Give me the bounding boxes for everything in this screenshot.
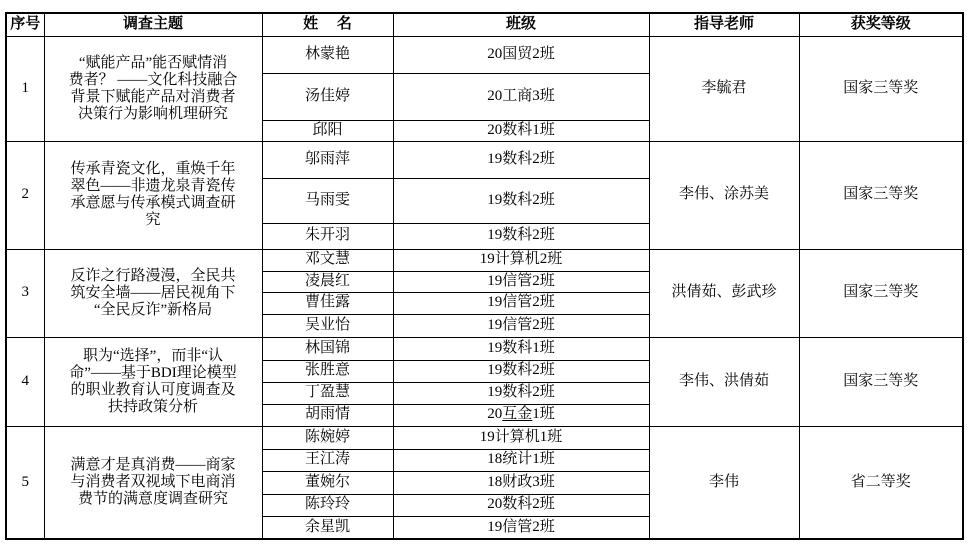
class-cell: 19数科2班 xyxy=(393,360,649,382)
serial-cell: 3 xyxy=(6,249,44,337)
class-cell: 19数科2班 xyxy=(393,223,649,249)
class-cell: 19数科2班 xyxy=(393,178,649,223)
name-cell: 胡雨情 xyxy=(262,404,393,426)
table-row: 2 传承青瓷文化，重焕千年 翠色——非遗龙泉青瓷传 承意愿与传承模式调查研 究 … xyxy=(6,141,963,178)
teacher-cell: 李毓君 xyxy=(649,36,799,141)
class-text-part: 20 xyxy=(487,406,502,422)
table-row: 4 职为“选择”，而非“认 命”——基于BDI理论模型 的职业教育认可度调查及 … xyxy=(6,337,963,360)
topic-line: 承意愿与传承模式调查研 xyxy=(45,195,262,212)
award-cell: 省二等奖 xyxy=(799,426,963,539)
class-cell: 19计算机2班 xyxy=(393,249,649,271)
header-class: 班级 xyxy=(393,13,649,36)
name-cell: 林蒙艳 xyxy=(262,36,393,73)
name-cell: 余星凯 xyxy=(262,516,393,539)
topic-line: “全民反诈”新格局 xyxy=(45,302,262,319)
header-topic: 调查主题 xyxy=(44,13,262,36)
serial-cell: 4 xyxy=(6,337,44,426)
class-underlined-part: 互金 xyxy=(502,406,532,422)
topic-line: “赋能产品”能否赋情消 xyxy=(45,55,262,72)
class-cell: 19信管2班 xyxy=(393,516,649,539)
topic-line: 究 xyxy=(45,212,262,229)
header-teacher: 指导老师 xyxy=(649,13,799,36)
class-cell: 19数科2班 xyxy=(393,141,649,178)
class-cell: 19数科1班 xyxy=(393,337,649,360)
topic-cell: 反诈之行路漫漫，全民共 筑安全墙——居民视角下 “全民反诈”新格局 xyxy=(44,249,262,337)
name-cell: 邓文慧 xyxy=(262,249,393,271)
topic-line: 扶持政策分析 xyxy=(45,399,262,416)
topic-line: 命”——基于BDI理论模型 xyxy=(45,365,262,382)
name-cell: 陈婉婷 xyxy=(262,426,393,449)
table-row: 1 “赋能产品”能否赋情消 费者？ ——文化科技融合 背景下赋能产品对消费者 决… xyxy=(6,36,963,73)
topic-line: 翠色——非遗龙泉青瓷传 xyxy=(45,178,262,195)
topic-line: 的职业教育认可度调查及 xyxy=(45,382,262,399)
topic-line: 决策行为影响机理研究 xyxy=(45,106,262,123)
name-cell: 邱阳 xyxy=(262,120,393,141)
header-award: 获奖等级 xyxy=(799,13,963,36)
topic-cell: 满意才是真消费——商家 与消费者双视域下电商消 费节的满意度调查研究 xyxy=(44,426,262,539)
teacher-cell: 李伟、洪倩茹 xyxy=(649,337,799,426)
award-cell: 国家三等奖 xyxy=(799,141,963,249)
name-cell: 凌晨红 xyxy=(262,271,393,292)
serial-cell: 2 xyxy=(6,141,44,249)
name-cell: 丁盈慧 xyxy=(262,382,393,404)
header-no: 序号 xyxy=(6,13,44,36)
name-cell: 董婉尔 xyxy=(262,471,393,494)
header-name: 姓 名 xyxy=(262,13,393,36)
teacher-cell: 李伟 xyxy=(649,426,799,539)
name-cell: 吴业怡 xyxy=(262,314,393,337)
award-cell: 国家三等奖 xyxy=(799,36,963,141)
name-cell: 林国锦 xyxy=(262,337,393,360)
class-cell: 19数科2班 xyxy=(393,382,649,404)
class-cell: 20互金1班 xyxy=(393,404,649,426)
teacher-cell: 李伟、涂苏美 xyxy=(649,141,799,249)
class-cell: 19信管2班 xyxy=(393,314,649,337)
class-cell: 18财政3班 xyxy=(393,471,649,494)
name-cell: 曹佳露 xyxy=(262,292,393,314)
topic-cell: “赋能产品”能否赋情消 费者？ ——文化科技融合 背景下赋能产品对消费者 决策行… xyxy=(44,36,262,141)
topic-line: 满意才是真消费——商家 xyxy=(45,457,262,474)
class-cell: 20数科1班 xyxy=(393,120,649,141)
topic-line: 职为“选择”，而非“认 xyxy=(45,348,262,365)
topic-line: 筑安全墙——居民视角下 xyxy=(45,285,262,302)
table-row: 3 反诈之行路漫漫，全民共 筑安全墙——居民视角下 “全民反诈”新格局 邓文慧 … xyxy=(6,249,963,271)
class-text-part: 1班 xyxy=(532,406,555,422)
table-row: 5 满意才是真消费——商家 与消费者双视域下电商消 费节的满意度调查研究 陈婉婷… xyxy=(6,426,963,449)
topic-line: 传承青瓷文化，重焕千年 xyxy=(45,161,262,178)
class-cell: 19信管2班 xyxy=(393,292,649,314)
award-cell: 国家三等奖 xyxy=(799,337,963,426)
serial-cell: 5 xyxy=(6,426,44,539)
name-cell: 汤佳婷 xyxy=(262,73,393,120)
award-cell: 国家三等奖 xyxy=(799,249,963,337)
name-cell: 张胜意 xyxy=(262,360,393,382)
survey-awards-table: 序号 调查主题 姓 名 班级 指导老师 获奖等级 1 “赋能产品”能否赋情消 费… xyxy=(5,12,964,540)
class-cell: 18统计1班 xyxy=(393,449,649,471)
document-page: 序号 调查主题 姓 名 班级 指导老师 获奖等级 1 “赋能产品”能否赋情消 费… xyxy=(0,0,967,552)
topic-line: 与消费者双视域下电商消 xyxy=(45,474,262,491)
name-cell: 邬雨萍 xyxy=(262,141,393,178)
class-cell: 19信管2班 xyxy=(393,271,649,292)
topic-line: 费者？ ——文化科技融合 xyxy=(45,72,262,89)
class-cell: 20国贸2班 xyxy=(393,36,649,73)
topic-cell: 职为“选择”，而非“认 命”——基于BDI理论模型 的职业教育认可度调查及 扶持… xyxy=(44,337,262,426)
topic-line: 背景下赋能产品对消费者 xyxy=(45,89,262,106)
topic-line: 反诈之行路漫漫，全民共 xyxy=(45,268,262,285)
class-cell: 19计算机1班 xyxy=(393,426,649,449)
topic-line: 费节的满意度调查研究 xyxy=(45,491,262,508)
name-cell: 王江涛 xyxy=(262,449,393,471)
teacher-cell: 洪倩茹、彭武珍 xyxy=(649,249,799,337)
name-cell: 马雨雯 xyxy=(262,178,393,223)
topic-cell: 传承青瓷文化，重焕千年 翠色——非遗龙泉青瓷传 承意愿与传承模式调查研 究 xyxy=(44,141,262,249)
class-cell: 20工商3班 xyxy=(393,73,649,120)
serial-cell: 1 xyxy=(6,36,44,141)
name-cell: 陈玲玲 xyxy=(262,494,393,516)
class-cell: 20数科2班 xyxy=(393,494,649,516)
table-header-row: 序号 调查主题 姓 名 班级 指导老师 获奖等级 xyxy=(6,13,963,36)
name-cell: 朱开羽 xyxy=(262,223,393,249)
